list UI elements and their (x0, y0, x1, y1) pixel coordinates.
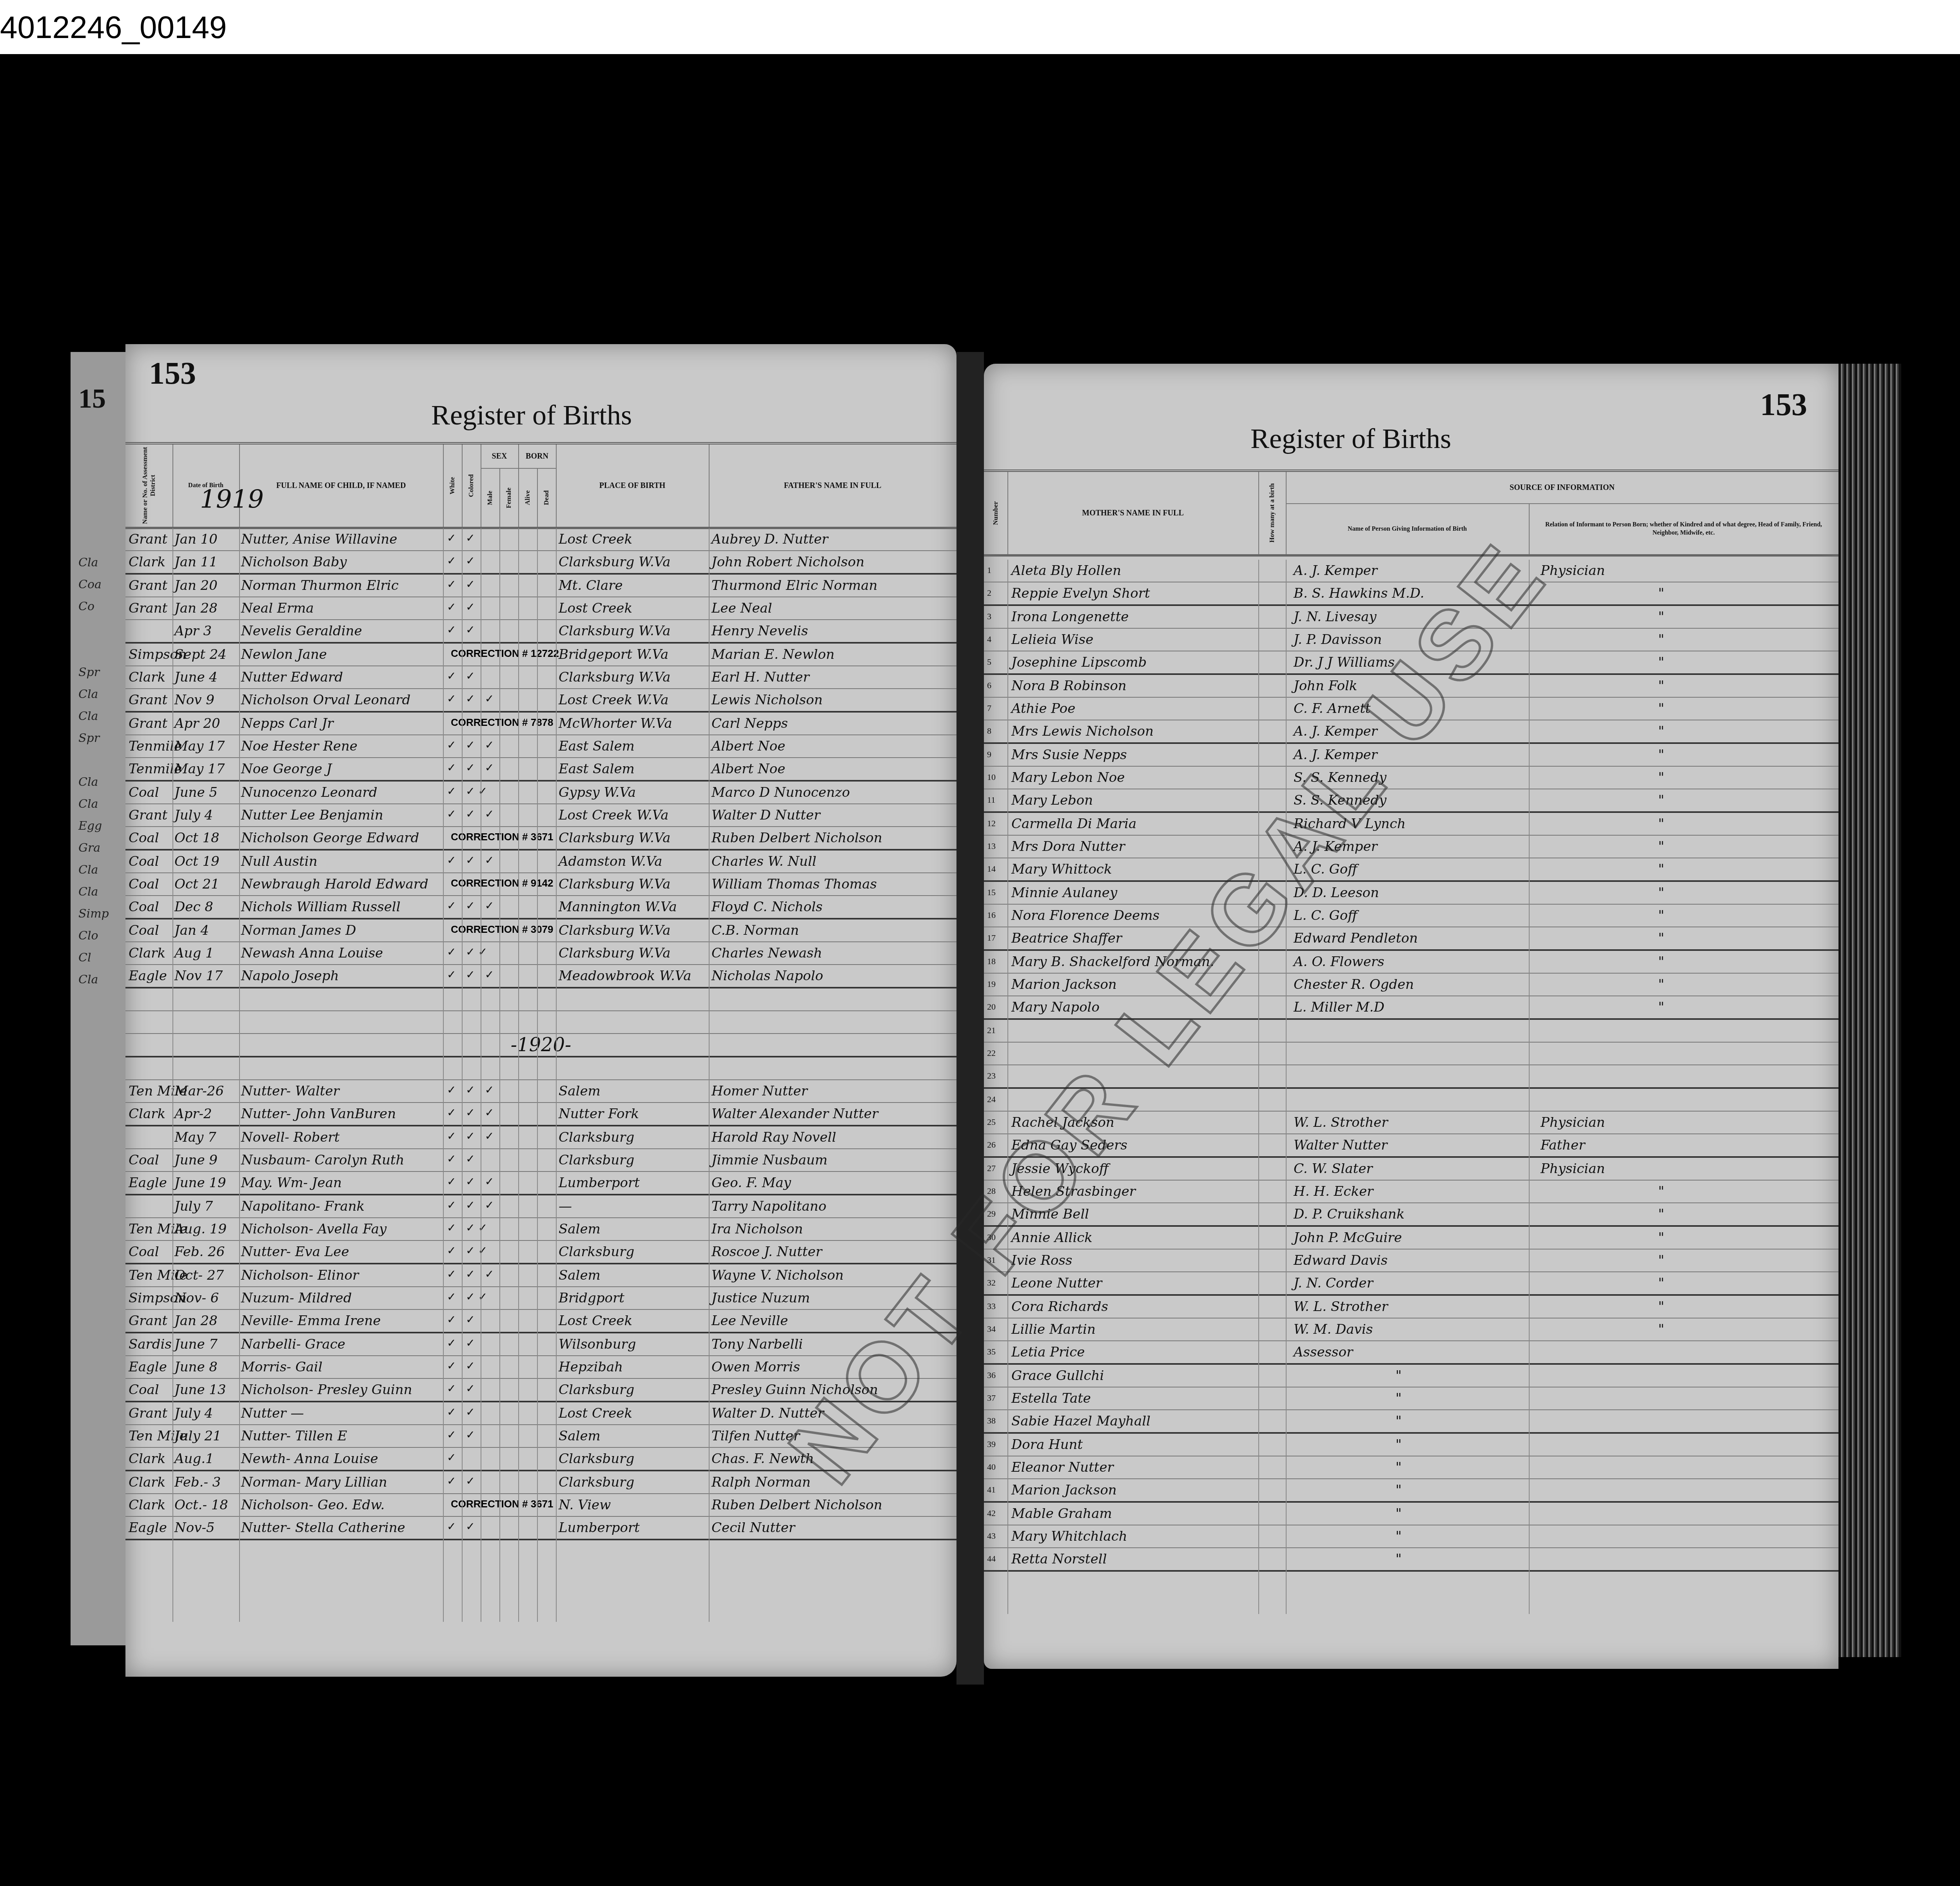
district-cell: Grant (129, 1405, 167, 1421)
date-cell: Nov-5 (174, 1520, 215, 1536)
place-cell: Lost Creek (559, 1405, 632, 1421)
father-cell: Charles Newash (711, 945, 822, 961)
relation-cell: " (1658, 1230, 1664, 1246)
informant-cell: H. H. Ecker (1294, 1184, 1373, 1199)
table-row: TenmileMay 17Noe George J✓ ✓ ✓East Salem… (125, 758, 956, 782)
row-number: 29 (987, 1209, 996, 1219)
father-cell: Nicholas Napolo (711, 968, 823, 984)
place-cell: Salem (559, 1268, 601, 1283)
child-name-cell: Norman Thurmon Elric (241, 578, 399, 593)
informant-cell: John Folk (1294, 678, 1357, 694)
table-row: ClarkJan 11Nicholson Baby✓ ✓Clarksburg W… (125, 551, 956, 575)
place-cell: Clarksburg W.Va (559, 945, 670, 961)
relation-cell: Physician (1541, 1115, 1605, 1130)
father-cell: Tarry Napolitano (711, 1199, 826, 1214)
relation-cell: " (1658, 861, 1664, 877)
mother-cell: Mary Whittock (1011, 861, 1112, 877)
row-number: 35 (987, 1347, 996, 1357)
column-rule (443, 528, 444, 1622)
place-cell: Lost Creek (559, 1313, 632, 1329)
mother-cell: Mary Lebon (1011, 792, 1093, 808)
row-number: 3 (987, 611, 991, 622)
informant-cell: J. N. Corder (1294, 1275, 1373, 1291)
mother-cell: Marion Jackson (1011, 1482, 1117, 1498)
date-cell: Jan 10 (174, 531, 218, 547)
place-cell: — (559, 1199, 572, 1214)
mother-cell: Irona Longenette (1011, 609, 1129, 625)
date-cell: Aug. 19 (174, 1221, 227, 1237)
header-male: Male (481, 469, 500, 527)
table-row: 43Mary Whitchlach" (984, 1525, 1838, 1548)
informant-cell: C. W. Slater (1294, 1161, 1373, 1177)
right-page-title: Register of Births (1250, 423, 1451, 455)
row-number: 18 (987, 956, 996, 967)
father-cell: Walter D. Nutter (711, 1405, 824, 1421)
date-cell: June 5 (174, 785, 218, 800)
date-cell: June 4 (174, 669, 218, 685)
row-number: 15 (987, 887, 996, 898)
table-row: CoalJan 4Norman James DCORRECTION # 3079… (125, 919, 956, 942)
table-row: Ten MileMar-26Nutter- Walter✓ ✓ ✓SalemHo… (125, 1080, 956, 1103)
informant-cell: Walter Nutter (1294, 1137, 1387, 1153)
check-marks: ✓ ✓✓ (447, 1244, 490, 1257)
right-table-header: Number MOTHER'S NAME IN FULL How many at… (984, 470, 1838, 557)
column-rule (709, 528, 710, 1622)
table-row: EagleNov 17Napolo Joseph✓ ✓ ✓Meadowbrook… (125, 965, 956, 988)
margin-note: Cla (78, 859, 125, 881)
row-number: 2 (987, 588, 991, 598)
child-name-cell: Morris- Gail (241, 1359, 323, 1375)
mother-cell: Mary B. Shackelford Norman. (1011, 954, 1214, 970)
district-cell: Clark (129, 1106, 165, 1122)
father-cell: John Robert Nicholson (711, 554, 864, 570)
father-cell: Floyd C. Nichols (711, 899, 823, 915)
margin-note: Cla (78, 969, 125, 991)
relation-cell: " (1658, 1206, 1664, 1222)
district-cell: Coal (129, 830, 159, 846)
informant-cell: Dr. J J Williams (1294, 655, 1395, 670)
table-row: 13Mrs Dora NutterA. J. Kemper" (984, 836, 1838, 858)
row-number: 7 (987, 703, 991, 713)
check-marks: ✓ ✓ ✓ (447, 899, 497, 912)
table-row: ClarkAug 1Newash Anna Louise✓ ✓✓Clarksbu… (125, 942, 956, 965)
row-number: 34 (987, 1324, 996, 1334)
mother-cell: Letia Price (1011, 1344, 1085, 1360)
relation-cell: " (1658, 1184, 1664, 1199)
header-relation: Relation of Informant to Person Born; wh… (1529, 504, 1838, 554)
row-number: 4 (987, 634, 991, 644)
table-row: July 7Napolitano- Frank✓ ✓ ✓—Tarry Napol… (125, 1195, 956, 1218)
table-row: GrantJuly 4Nutter Lee Benjamin✓ ✓ ✓Lost … (125, 804, 956, 827)
table-row: 36Grace Gullchi" (984, 1365, 1838, 1387)
informant-cell: W. L. Strother (1294, 1299, 1388, 1315)
child-name-cell: Neal Erma (241, 600, 314, 616)
table-row: 42Mable Graham" (984, 1503, 1838, 1525)
header-dead: Dead (537, 469, 557, 527)
table-row: EagleJune 8Morris- Gail✓ ✓HepzibahOwen M… (125, 1356, 956, 1379)
table-row: 1Aleta Bly HollenA. J. KemperPhysician (984, 560, 1838, 582)
column-rule (239, 528, 240, 1622)
child-name-cell: Noe Hester Rene (241, 738, 358, 754)
informant-cell: " (1396, 1391, 1402, 1406)
check-marks: ✓ ✓ ✓ (447, 1083, 497, 1096)
row-number: 24 (987, 1094, 996, 1104)
father-cell: Ralph Norman (711, 1474, 811, 1490)
place-cell: Clarksburg W.Va (559, 623, 670, 639)
place-cell: East Salem (559, 738, 635, 754)
district-cell: Coal (129, 1152, 159, 1168)
child-name-cell: Nicholson- Geo. Edw. (241, 1497, 385, 1513)
relation-cell: " (1658, 586, 1664, 601)
informant-cell: L. Miller M.D (1294, 999, 1385, 1015)
child-name-cell: Nutter, Anise Willavine (241, 531, 397, 547)
relation-cell: Physician (1541, 1161, 1605, 1177)
father-cell: Thurmond Elric Norman (711, 578, 877, 593)
district-cell: Clark (129, 1497, 165, 1513)
father-cell: Presley Guinn Nicholson (711, 1382, 878, 1398)
date-cell: Jan 28 (174, 1313, 218, 1329)
child-name-cell: Nutter- John VanBuren (241, 1106, 396, 1122)
row-number: 17 (987, 933, 996, 943)
father-cell: Chas. F. Newth (711, 1451, 814, 1467)
informant-cell: J. P. Davisson (1294, 632, 1382, 647)
margin-notes: ClaCoaCo SprClaClaSpr ClaClaEggGraClaCla… (78, 552, 125, 991)
place-cell: Nutter Fork (559, 1106, 639, 1122)
header-how-many: How many at a birth (1258, 472, 1287, 554)
relation-cell: " (1658, 1299, 1664, 1315)
informant-cell: " (1396, 1529, 1402, 1544)
table-row: GrantNov 9Nicholson Orval Leonard✓ ✓ ✓Lo… (125, 689, 956, 713)
place-cell: Lumberport (559, 1520, 640, 1536)
table-row: ClarkJune 4Nutter Edward✓ ✓Clarksburg W.… (125, 666, 956, 689)
informant-cell: D. D. Leeson (1294, 885, 1379, 901)
table-row: 20Mary NapoloL. Miller M.D" (984, 996, 1838, 1020)
column-rule (556, 528, 557, 1622)
date-cell: Oct 21 (174, 876, 220, 892)
right-page-number: 153 (1760, 387, 1807, 423)
mother-cell: Retta Norstell (1011, 1551, 1107, 1567)
date-cell: May 17 (174, 761, 225, 777)
informant-cell: John P. McGuire (1294, 1230, 1402, 1246)
informant-cell: Edward Pendleton (1294, 930, 1418, 946)
mother-cell: Eleanor Nutter (1011, 1460, 1114, 1475)
relation-cell: " (1658, 1275, 1664, 1291)
relation-cell: " (1658, 999, 1664, 1015)
column-rule (1007, 560, 1008, 1614)
row-number: 26 (987, 1140, 996, 1150)
father-cell: Marian E. Newlon (711, 647, 835, 662)
father-cell: Henry Nevelis (711, 623, 808, 639)
table-row: CoalJune 9Nusbaum- Carolyn Ruth✓ ✓Clarks… (125, 1149, 956, 1172)
row-number: 40 (987, 1462, 996, 1472)
table-row: 7Athie PoeC. F. Arnett" (984, 698, 1838, 720)
row-number: 16 (987, 910, 996, 920)
informant-cell: A. O. Flowers (1294, 954, 1385, 970)
table-row: EagleNov-5Nutter- Stella Catherine✓ ✓Lum… (125, 1517, 956, 1540)
date-cell: Oct- 27 (174, 1268, 224, 1283)
table-row: Ten MileOct- 27Nicholson- Elinor✓ ✓ ✓Sal… (125, 1264, 956, 1287)
father-cell: Owen Morris (711, 1359, 800, 1375)
row-number: 25 (987, 1117, 996, 1127)
margin-note (78, 640, 125, 662)
check-marks: ✓ ✓✓ (447, 1221, 490, 1234)
row-number: 22 (987, 1048, 996, 1058)
table-row: 37Estella Tate" (984, 1387, 1838, 1410)
table-row: 12Carmella Di MariaRichard V Lynch" (984, 813, 1838, 836)
table-row: Ten MileJuly 21Nutter- Tillen E✓ ✓SalemT… (125, 1425, 956, 1448)
mother-cell: Mrs Dora Nutter (1011, 839, 1125, 854)
row-number: 11 (987, 795, 995, 805)
informant-cell: B. S. Hawkins M.D. (1294, 586, 1424, 601)
table-row: 30Annie AllickJohn P. McGuire" (984, 1227, 1838, 1249)
district-cell: Clark (129, 1474, 165, 1490)
table-row: CoalOct 19Null Austin✓ ✓ ✓Adamston W.VaC… (125, 851, 956, 873)
father-cell: Walter Alexander Nutter (711, 1106, 878, 1122)
child-name-cell: Nicholson Baby (241, 554, 347, 570)
table-row: 9Mrs Susie NeppsA. J. Kemper" (984, 744, 1838, 767)
table-row: CoalJune 13Nicholson- Presley Guinn✓ ✓Cl… (125, 1379, 956, 1402)
table-row: CoalJune 5Nunocenzo Leonard✓ ✓✓Gypsy W.V… (125, 782, 956, 804)
father-cell: Ruben Delbert Nicholson (711, 1497, 882, 1513)
table-row: 35Letia PriceAssessor (984, 1341, 1838, 1365)
informant-cell: S. S. Kennedy (1294, 770, 1387, 785)
informant-cell: " (1396, 1482, 1402, 1498)
row-number: 42 (987, 1508, 996, 1518)
table-row: GrantJuly 4Nutter —✓ ✓Lost CreekWalter D… (125, 1402, 956, 1425)
date-cell: Sept 24 (174, 647, 227, 662)
father-cell: Justice Nuzum (711, 1290, 810, 1306)
correction-stamp: CORRECTION # 3671 (451, 831, 554, 843)
row-number: 9 (987, 749, 991, 760)
informant-cell: " (1396, 1413, 1402, 1429)
relation-cell: " (1658, 954, 1664, 970)
right-page: 153 Register of Births Number MOTHER'S N… (984, 364, 1838, 1669)
row-number: 6 (987, 680, 991, 691)
header-mother: MOTHER'S NAME IN FULL (1007, 472, 1259, 554)
table-row: 39Dora Hunt" (984, 1434, 1838, 1456)
date-cell: Apr 20 (174, 716, 220, 731)
header-number: Number (984, 472, 1008, 554)
image-id-label: 4012246_00149 (0, 8, 227, 47)
mother-cell: Athie Poe (1011, 701, 1075, 716)
child-name-cell: Nutter- Walter (241, 1083, 339, 1099)
father-cell: Walter D Nutter (711, 807, 820, 823)
place-cell: Lost Creek (559, 531, 632, 547)
informant-cell: Edward Davis (1294, 1253, 1388, 1268)
check-marks: ✓ ✓✓ (447, 945, 490, 958)
margin-note: Clo (78, 925, 125, 947)
table-row: 19Marion JacksonChester R. Ogden" (984, 974, 1838, 996)
header-white: White (443, 444, 463, 527)
informant-cell: " (1396, 1551, 1402, 1567)
row-number: 5 (987, 657, 991, 667)
informant-cell: Assessor (1294, 1344, 1353, 1360)
table-row: 2Reppie Evelyn ShortB. S. Hawkins M.D." (984, 582, 1838, 606)
relation-cell: " (1658, 977, 1664, 992)
informant-cell: W. M. Davis (1294, 1322, 1373, 1337)
relation-cell: " (1658, 792, 1664, 808)
row-number: 1 (987, 565, 991, 575)
table-row: ClarkAug.1Newth- Anna Louise✓ClarksburgC… (125, 1448, 956, 1471)
father-cell: Lee Neville (711, 1313, 788, 1329)
child-name-cell: Napolitano- Frank (241, 1199, 365, 1214)
table-row: 40Eleanor Nutter" (984, 1456, 1838, 1479)
father-cell: Lee Neal (711, 600, 772, 616)
table-row: 29Minnie BellD. P. Cruikshank" (984, 1203, 1838, 1227)
father-cell: Aubrey D. Nutter (711, 531, 828, 547)
row-number: 38 (987, 1416, 996, 1426)
relation-cell: " (1658, 1322, 1664, 1337)
mother-cell: Edna Gay Seders (1011, 1137, 1127, 1153)
father-cell: Lewis Nicholson (711, 692, 823, 708)
table-row: SardisJune 7Narbelli- Grace✓ ✓Wilsonburg… (125, 1333, 956, 1356)
relation-cell: " (1658, 701, 1664, 716)
child-name-cell: Nunocenzo Leonard (241, 785, 377, 800)
relation-cell: " (1658, 747, 1664, 763)
check-marks: ✓ ✓ ✓ (447, 968, 497, 981)
mother-cell: Marion Jackson (1011, 977, 1117, 992)
table-row: 32Leone NutterJ. N. Corder" (984, 1272, 1838, 1296)
correction-stamp: CORRECTION # 9142 (451, 877, 554, 889)
mother-cell: Nora B Robinson (1011, 678, 1127, 694)
underlying-page (71, 352, 129, 1645)
margin-note (78, 749, 125, 771)
father-cell: Homer Nutter (711, 1083, 808, 1099)
district-cell: Clark (129, 554, 165, 570)
header-place: PLACE OF BIRTH (556, 444, 710, 527)
district-cell: Grant (129, 600, 167, 616)
father-cell: Cecil Nutter (711, 1520, 795, 1536)
place-cell: Clarksburg W.Va (559, 876, 670, 892)
father-cell: C.B. Norman (711, 923, 799, 938)
mother-cell: Mary Whitchlach (1011, 1529, 1127, 1544)
margin-note: Gra (78, 837, 125, 859)
child-name-cell: May. Wm- Jean (241, 1175, 342, 1191)
margin-note: Cla (78, 705, 125, 727)
row-number: 12 (987, 818, 996, 829)
row-number: 10 (987, 772, 996, 782)
place-cell: Hepzibah (559, 1359, 623, 1375)
informant-cell: S. S. Kennedy (1294, 792, 1387, 808)
date-cell: Nov- 6 (174, 1290, 219, 1306)
date-cell: Oct 18 (174, 830, 220, 846)
district-cell: Tenmile (129, 738, 182, 754)
father-cell: Carl Nepps (711, 716, 788, 731)
place-cell: Lost Creek (559, 600, 632, 616)
year-1919-label: 1919 (200, 485, 264, 514)
place-cell: Salem (559, 1083, 601, 1099)
district-cell: Eagle (129, 1359, 167, 1375)
header-alive: Alive (518, 469, 538, 527)
left-page-number: 153 (149, 356, 196, 392)
child-name-cell: Newth- Anna Louise (241, 1451, 378, 1467)
table-row: ClarkApr-2Nutter- John VanBuren✓ ✓ ✓Nutt… (125, 1103, 956, 1126)
date-cell: Oct 19 (174, 854, 220, 869)
child-name-cell: Nutter- Stella Catherine (241, 1520, 405, 1536)
row-number: 8 (987, 726, 991, 736)
page-edges (1838, 364, 1901, 1657)
table-row: 5Josephine LipscombDr. J J Williams" (984, 651, 1838, 675)
check-marks: ✓ ✓✓ (447, 785, 490, 798)
district-cell: Grant (129, 531, 167, 547)
child-name-cell: Norman James D (241, 923, 356, 938)
district-cell: Clark (129, 945, 165, 961)
relation-cell: Father (1541, 1137, 1585, 1153)
place-cell: Clarksburg (559, 1382, 634, 1398)
place-cell: Clarksburg (559, 1152, 634, 1168)
table-row: 34Lillie MartinW. M. Davis" (984, 1318, 1838, 1341)
column-rule (499, 528, 500, 1622)
informant-cell: A. J. Kemper (1294, 839, 1377, 854)
informant-cell: A. J. Kemper (1294, 724, 1377, 739)
year-1920-heading: -1920- (125, 1034, 956, 1057)
child-name-cell: Noe George J (241, 761, 332, 777)
margin-note (78, 618, 125, 640)
check-marks: ✓ ✓ ✓ (447, 738, 497, 751)
child-name-cell: Nicholson- Elinor (241, 1268, 359, 1283)
father-cell: Jimmie Nusbaum (711, 1152, 828, 1168)
table-row: ClarkFeb.- 3Norman- Mary Lillian✓ ✓Clark… (125, 1471, 956, 1494)
table-row: Ten MileAug. 19Nicholson- Avella Fay✓ ✓✓… (125, 1218, 956, 1241)
column-rule (537, 528, 538, 1622)
district-cell: Grant (129, 578, 167, 593)
father-cell: Earl H. Nutter (711, 669, 809, 685)
check-marks: ✓ ✓ ✓ (447, 1175, 497, 1188)
table-row: 28Helen StrasbingerH. H. Ecker" (984, 1181, 1838, 1203)
date-cell: June 13 (174, 1382, 226, 1398)
margin-note: Co (78, 596, 125, 618)
margin-note: Cla (78, 771, 125, 793)
ledger-scan: 15 153 Register of Births Name or No. of… (0, 54, 1960, 1886)
check-marks: ✓ ✓ ✓ (447, 761, 497, 774)
table-row: SimpsonNov- 6Nuzum- Mildred✓ ✓✓Bridgport… (125, 1287, 956, 1310)
father-cell: Albert Noe (711, 761, 785, 777)
child-name-cell: Newbraugh Harold Edward (241, 876, 428, 892)
header-source: SOURCE OF INFORMATION (1286, 472, 1838, 504)
place-cell: Bridgeport W.Va (559, 647, 668, 662)
column-rule (518, 528, 519, 1622)
place-cell: Clarksburg W.Va (559, 669, 670, 685)
mother-cell: Aleta Bly Hollen (1011, 563, 1121, 578)
table-row: CoalFeb. 26Nutter- Eva Lee✓ ✓✓Clarksburg… (125, 1241, 956, 1264)
informant-cell: Richard V Lynch (1294, 816, 1406, 832)
margin-note: Cla (78, 881, 125, 903)
table-row: 38Sabie Hazel Mayhall" (984, 1410, 1838, 1434)
informant-cell: " (1396, 1506, 1402, 1521)
father-cell: Charles W. Null (711, 854, 817, 869)
father-cell: William Thomas Thomas (711, 876, 877, 892)
table-row: CoalOct 18Nicholson George EdwardCORRECT… (125, 827, 956, 851)
child-name-cell: Nicholson Orval Leonard (241, 692, 410, 708)
district-cell: Clark (129, 1451, 165, 1467)
margin-note: Spr (78, 727, 125, 749)
date-cell: July 7 (174, 1199, 213, 1214)
informant-cell: W. L. Strother (1294, 1115, 1388, 1130)
place-cell: Mannington W.Va (559, 899, 677, 915)
district-cell: Coal (129, 785, 159, 800)
mother-cell: Mrs Susie Nepps (1011, 747, 1127, 763)
place-cell: Lumberport (559, 1175, 640, 1191)
place-cell: Wilsonburg (559, 1337, 636, 1352)
table-row: CoalOct 21Newbraugh Harold EdwardCORRECT… (125, 873, 956, 896)
header-district: Name or No. of Assessment District (125, 444, 173, 527)
date-cell: Jan 20 (174, 578, 218, 593)
header-informant: Name of Person Giving Information of Bir… (1286, 504, 1530, 554)
district-cell: Coal (129, 876, 159, 892)
mother-cell: Annie Allick (1011, 1230, 1093, 1246)
relation-cell: " (1658, 930, 1664, 946)
child-name-cell: Newlon Jane (241, 647, 327, 662)
